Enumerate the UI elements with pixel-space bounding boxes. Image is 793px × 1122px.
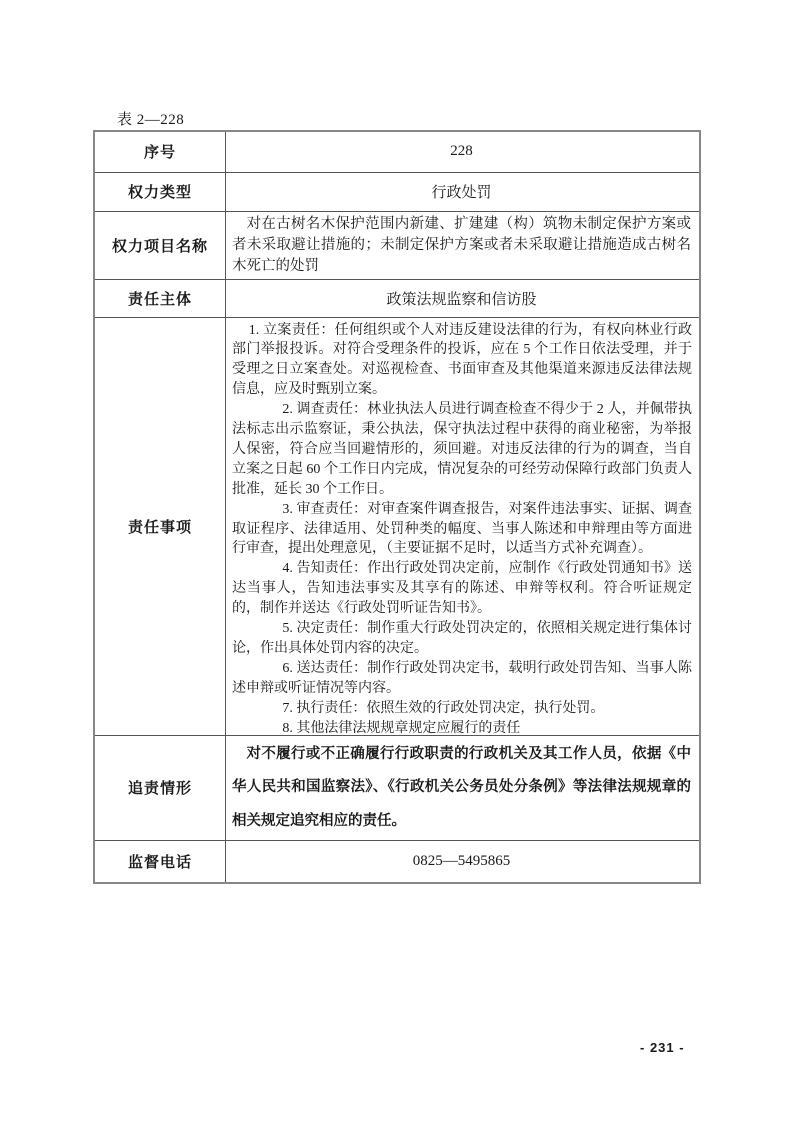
row-label: 序号 xyxy=(94,131,226,172)
row-accountability: 追责情形 对不履行或不正确履行行政职责的行政机关及其工作人员，依据《中华人民共和… xyxy=(94,735,700,841)
row-value: 1. 立案责任：任何组织或个人对违反建设法律的行为，有权向林业行政部门举报投诉。… xyxy=(226,317,701,735)
row-value: 对不履行或不正确履行行政职责的行政机关及其工作人员，依据《中华人民共和国监察法》… xyxy=(226,735,701,841)
duty-item: 4. 告知责任：作出行政处罚决定前，应制作《行政处罚通知书》送达当事人，告知违法… xyxy=(232,559,692,619)
duty-item: 8. 其他法律法规规章规定应履行的责任 xyxy=(232,719,692,735)
power-item-name-text: 对在古树名木保护范围内新建、扩建建（构）筑物未制定保护方案或者未采取避让措施的；… xyxy=(232,214,691,277)
row-value: 0825—5495865 xyxy=(226,841,701,883)
document-page: 表 2—228 序号 228 权力类型 行政处罚 权力项目名称 对在古树名木保护… xyxy=(0,0,793,1122)
row-label: 责任事项 xyxy=(94,317,226,735)
row-responsible-body: 责任主体 政策法规监察和信访股 xyxy=(94,279,700,317)
row-value: 政策法规监察和信访股 xyxy=(226,279,701,317)
page-number: - 231 - xyxy=(640,1040,685,1055)
duty-item: 2. 调查责任：林业执法人员进行调查检查不得少于 2 人，并佩带执法标志出示监察… xyxy=(232,400,692,500)
row-label: 权力项目名称 xyxy=(94,211,226,279)
row-serial-number: 序号 228 xyxy=(94,131,700,172)
duty-item: 7. 执行责任：依照生效的行政处罚决定，执行处罚。 xyxy=(232,699,692,719)
table-caption: 表 2—228 xyxy=(117,108,184,129)
row-label: 责任主体 xyxy=(94,279,226,317)
row-value: 228 xyxy=(226,131,701,172)
duty-item: 1. 立案责任：任何组织或个人对违反建设法律的行为，有权向林业行政部门举报投诉。… xyxy=(232,321,692,401)
row-value: 行政处罚 xyxy=(226,172,701,211)
row-label: 追责情形 xyxy=(94,735,226,841)
row-duties: 责任事项 1. 立案责任：任何组织或个人对违反建设法律的行为，有权向林业行政部门… xyxy=(94,317,700,735)
row-value: 对在古树名木保护范围内新建、扩建建（构）筑物未制定保护方案或者未采取避让措施的；… xyxy=(226,211,701,279)
row-power-type: 权力类型 行政处罚 xyxy=(94,172,700,211)
duty-item: 6. 送达责任：制作行政处罚决定书，载明行政处罚告知、当事人陈述申辩或听证情况等… xyxy=(232,659,692,699)
row-power-item-name: 权力项目名称 对在古树名木保护范围内新建、扩建建（构）筑物未制定保护方案或者未采… xyxy=(94,211,700,279)
accountability-text: 对不履行或不正确履行行政职责的行政机关及其工作人员，依据《中华人民共和国监察法》… xyxy=(232,738,691,839)
row-supervision-phone: 监督电话 0825—5495865 xyxy=(94,841,700,883)
row-label: 权力类型 xyxy=(94,172,226,211)
power-responsibility-table: 序号 228 权力类型 行政处罚 权力项目名称 对在古树名木保护范围内新建、扩建… xyxy=(93,130,701,884)
duty-item: 3. 审查责任：对审查案件调查报告，对案件违法事实、证据、调查取证程序、法律适用… xyxy=(232,500,692,560)
duties-list: 1. 立案责任：任何组织或个人对违反建设法律的行为，有权向林业行政部门举报投诉。… xyxy=(232,321,692,735)
duty-item: 5. 决定责任：制作重大行政处罚决定的，依照相关规定进行集体讨论，作出具体处罚内… xyxy=(232,619,692,659)
row-label: 监督电话 xyxy=(94,841,226,883)
